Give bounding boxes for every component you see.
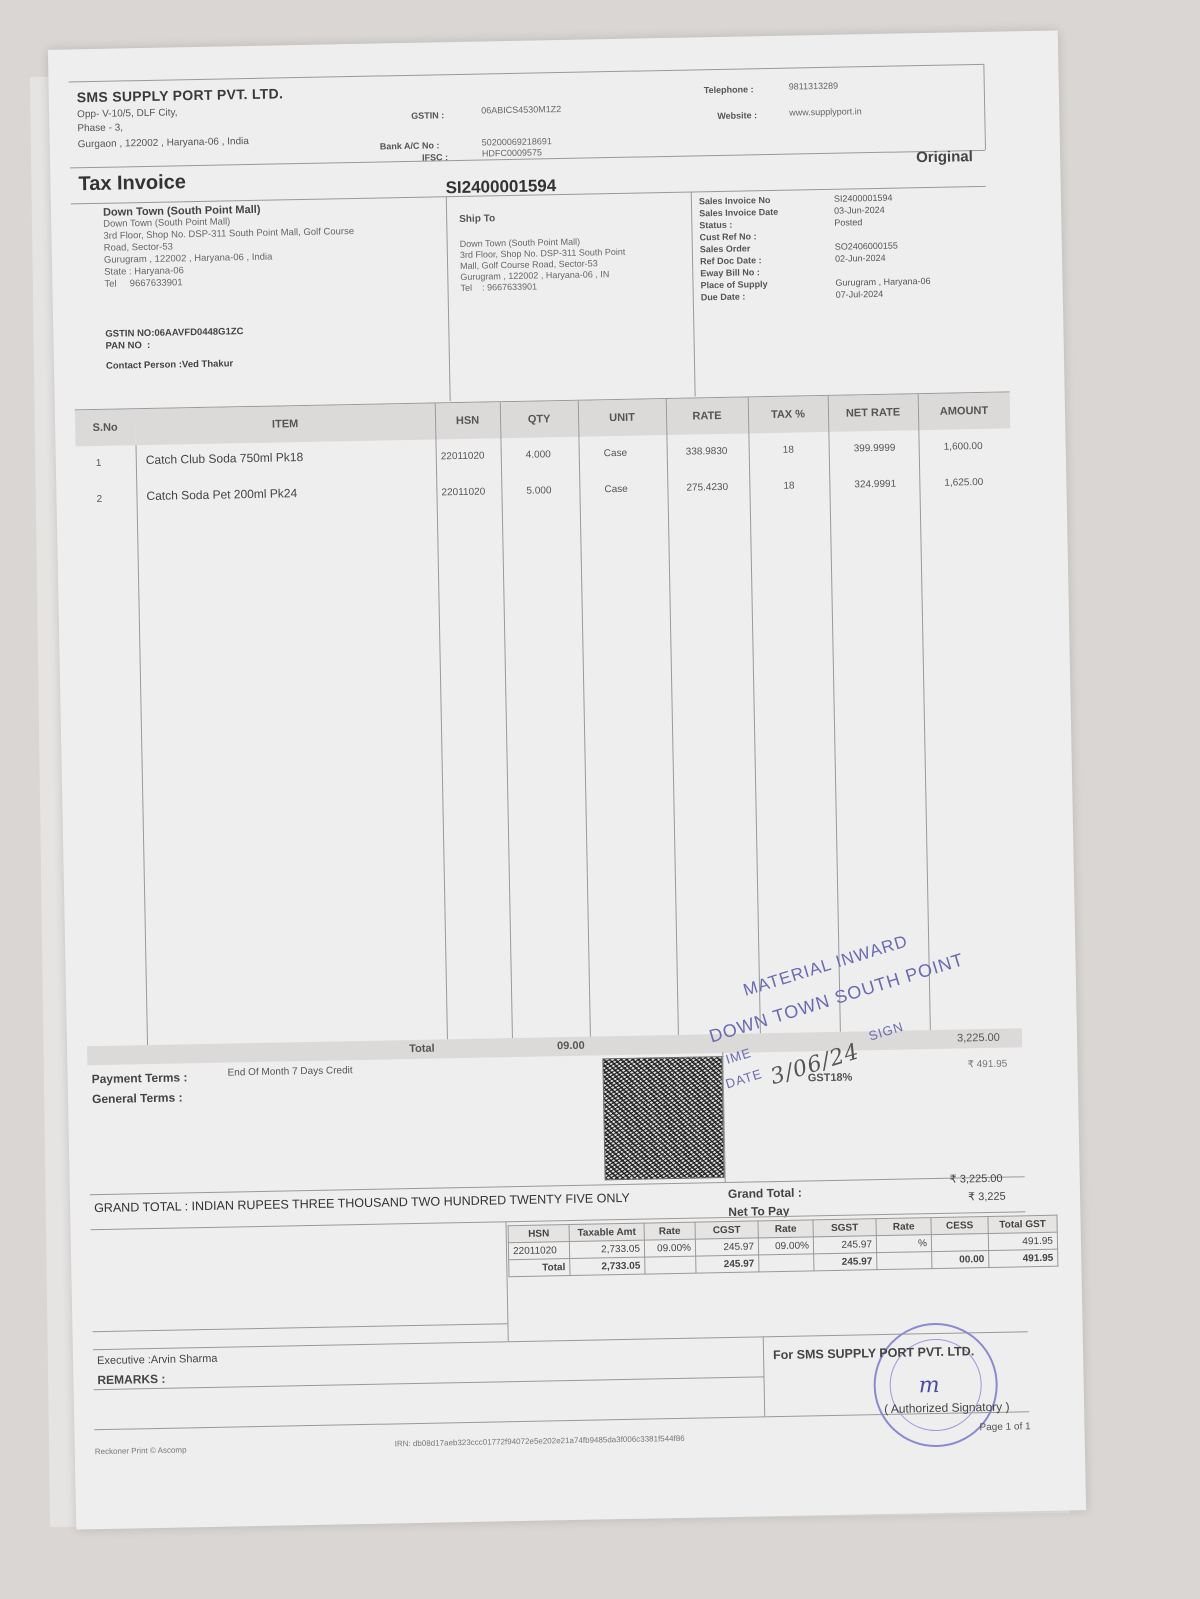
authorized-signatory: ( Authorized Signatory ): [884, 1400, 1010, 1416]
payment-terms-label: Payment Terms :: [92, 1070, 188, 1086]
tax-col-header: Rate: [758, 1220, 813, 1238]
payment-terms-value: End Of Month 7 Days Credit: [227, 1065, 352, 1078]
invoice-page: SMS SUPPLY PORT PVT. LTD. Opp- V-10/5, D…: [48, 30, 1086, 1529]
col-header-unit: UNIT: [578, 399, 667, 437]
gstin-label: GSTIN :: [411, 110, 444, 121]
tax-cell: 245.97: [696, 1255, 759, 1273]
cell-qty: 5.000: [526, 485, 551, 496]
cell-net-rate: 399.9999: [854, 443, 896, 455]
tax-col-header: CGST: [695, 1221, 758, 1239]
tax-cell: 245.97: [813, 1236, 876, 1254]
col-header-sno: S.No: [75, 409, 136, 446]
material-inward-stamp: MATERIAL INWARD DOWN TOWN SOUTH POINT TI…: [48, 30, 1058, 49]
col-header-amount: AMOUNT: [918, 392, 1011, 430]
bank-account: 50200069218691: [482, 136, 552, 147]
tax-cell: 2,733.05: [569, 1240, 644, 1258]
tax-cell: 22011020: [508, 1242, 569, 1260]
bill-to-block: Down Town (South Point Mall) Down Town (…: [103, 200, 436, 372]
cell-amount: 1,600.00: [944, 441, 983, 453]
total-qty: 09.00: [557, 1040, 585, 1053]
ifsc-label: IFSC :: [422, 152, 448, 162]
tax-col-header: CESS: [931, 1216, 988, 1234]
cell-item: Catch Club Soda 750ml Pk18: [146, 450, 304, 467]
tax-cell: 09.00%: [644, 1239, 695, 1257]
tax-cell: [759, 1254, 814, 1272]
gst-value: ₹ 491.95: [967, 1059, 1007, 1071]
total-amount: 3,225.00: [957, 1032, 1000, 1045]
reckoner-credit: Reckoner Print © Ascomp: [95, 1445, 187, 1456]
telephone: 9811313289: [789, 81, 839, 92]
tax-summary-table: HSNTaxable AmtRateCGSTRateSGSTRateCESSTo…: [508, 1215, 1059, 1278]
items-table: S.No ITEM HSN QTY UNIT RATE TAX % NET RA…: [75, 391, 1022, 1065]
tax-col-header: Taxable Amt: [569, 1223, 644, 1241]
col-header-qty: QTY: [500, 401, 579, 438]
remarks-label: REMARKS :: [97, 1372, 165, 1387]
page-number: Page 1 of 1: [979, 1421, 1030, 1433]
tax-cell: Total: [509, 1259, 570, 1277]
amount-in-words: GRAND TOTAL : INDIAN RUPEES THREE THOUSA…: [94, 1191, 630, 1215]
meta-key: Due Date :: [701, 289, 836, 304]
executive-name: Executive :Arvin Sharma: [97, 1353, 218, 1367]
cell-tax: 18: [783, 445, 794, 456]
grand-total-label: Grand Total :: [728, 1186, 802, 1201]
col-header-hsn: HSN: [435, 402, 501, 439]
cell-sno: 2: [96, 494, 102, 505]
company-address-3: Gurgaon , 122002 , Haryana-06 , India: [78, 136, 249, 150]
ifsc-code: HDFC0009575: [482, 147, 542, 158]
cell-net-rate: 324.9991: [854, 479, 896, 491]
invoice-meta: Sales Invoice NoSI2400001594Sales Invoic…: [699, 190, 986, 303]
ship-to-block: Ship To Down Town (South Point Mall) 3rd…: [459, 210, 685, 294]
company-name: SMS SUPPLY PORT PVT. LTD.: [77, 85, 284, 105]
meta-value: 03-Jun-2024: [834, 204, 885, 217]
cell-rate: 338.9830: [686, 446, 728, 458]
company-gstin: 06ABICS4530M1Z2: [481, 104, 561, 116]
company-address-2: Phase - 3,: [77, 122, 123, 134]
meta-value: 07-Jul-2024: [836, 288, 884, 301]
net-to-pay-value: ₹ 3,225: [968, 1190, 1006, 1204]
tax-cell: 09.00%: [758, 1237, 813, 1255]
tax-cell: %: [876, 1235, 931, 1253]
tax-cell: 245.97: [814, 1253, 877, 1271]
website-label: Website :: [717, 110, 757, 121]
tax-cell: 245.97: [695, 1238, 758, 1256]
grand-total-value: ₹ 3,225.00: [950, 1172, 1003, 1186]
tax-cell: [931, 1233, 988, 1251]
cell-hsn: 22011020: [441, 451, 485, 463]
tax-col-header: Total GST: [988, 1215, 1057, 1233]
col-header-rate: RATE: [666, 397, 749, 435]
cell-item: Catch Soda Pet 200ml Pk24: [146, 486, 297, 503]
cell-sno: 1: [96, 458, 102, 469]
tax-col-header: Rate: [644, 1222, 695, 1240]
website[interactable]: www.supplyport.in: [789, 106, 862, 117]
total-label: Total: [409, 1043, 435, 1055]
tax-cell: 2,733.05: [570, 1257, 645, 1275]
tax-col-header: HSN: [508, 1225, 569, 1243]
cell-unit: Case: [604, 484, 628, 495]
cell-hsn: 22011020: [441, 487, 485, 499]
cell-tax: 18: [783, 481, 794, 492]
cell-amount: 1,625.00: [944, 477, 983, 489]
cell-unit: Case: [604, 448, 628, 459]
tax-col-header: Rate: [876, 1218, 931, 1236]
telephone-label: Telephone :: [704, 84, 754, 95]
general-terms-label: General Terms :: [92, 1090, 183, 1106]
qr-code: [602, 1056, 724, 1180]
tax-cell: 491.95: [988, 1232, 1057, 1250]
cell-qty: 4.000: [526, 449, 551, 460]
col-header-item: ITEM: [135, 403, 436, 445]
cell-rate: 275.4230: [686, 482, 728, 494]
meta-value: Posted: [834, 216, 862, 229]
company-address-1: Opp- V-10/5, DLF City,: [77, 107, 178, 120]
bank-label: Bank A/C No :: [380, 140, 440, 151]
tax-col-header: SGST: [813, 1219, 876, 1237]
col-header-net-rate: NET RATE: [828, 394, 919, 432]
meta-value: Gurugram , Haryana-06: [835, 275, 930, 289]
meta-value: 02-Jun-2024: [835, 252, 886, 265]
col-header-tax: TAX %: [748, 396, 829, 434]
tax-cell: 491.95: [989, 1249, 1058, 1267]
copy-type: Original: [916, 148, 973, 166]
tax-cell: 00.00: [932, 1250, 989, 1268]
gst-label: GST18%: [808, 1072, 853, 1085]
irn: IRN: db08d17aeb323ccc01772f94072e5e202e2…: [395, 1434, 685, 1449]
document-title: Tax Invoice: [78, 171, 186, 196]
tax-cell: [877, 1252, 932, 1270]
tax-cell: [645, 1256, 696, 1274]
meta-value: SO2406000155: [835, 240, 898, 253]
signature: m: [918, 1373, 939, 1398]
terms-section: Payment Terms : End Of Month 7 Days Cred…: [87, 1046, 1024, 1195]
